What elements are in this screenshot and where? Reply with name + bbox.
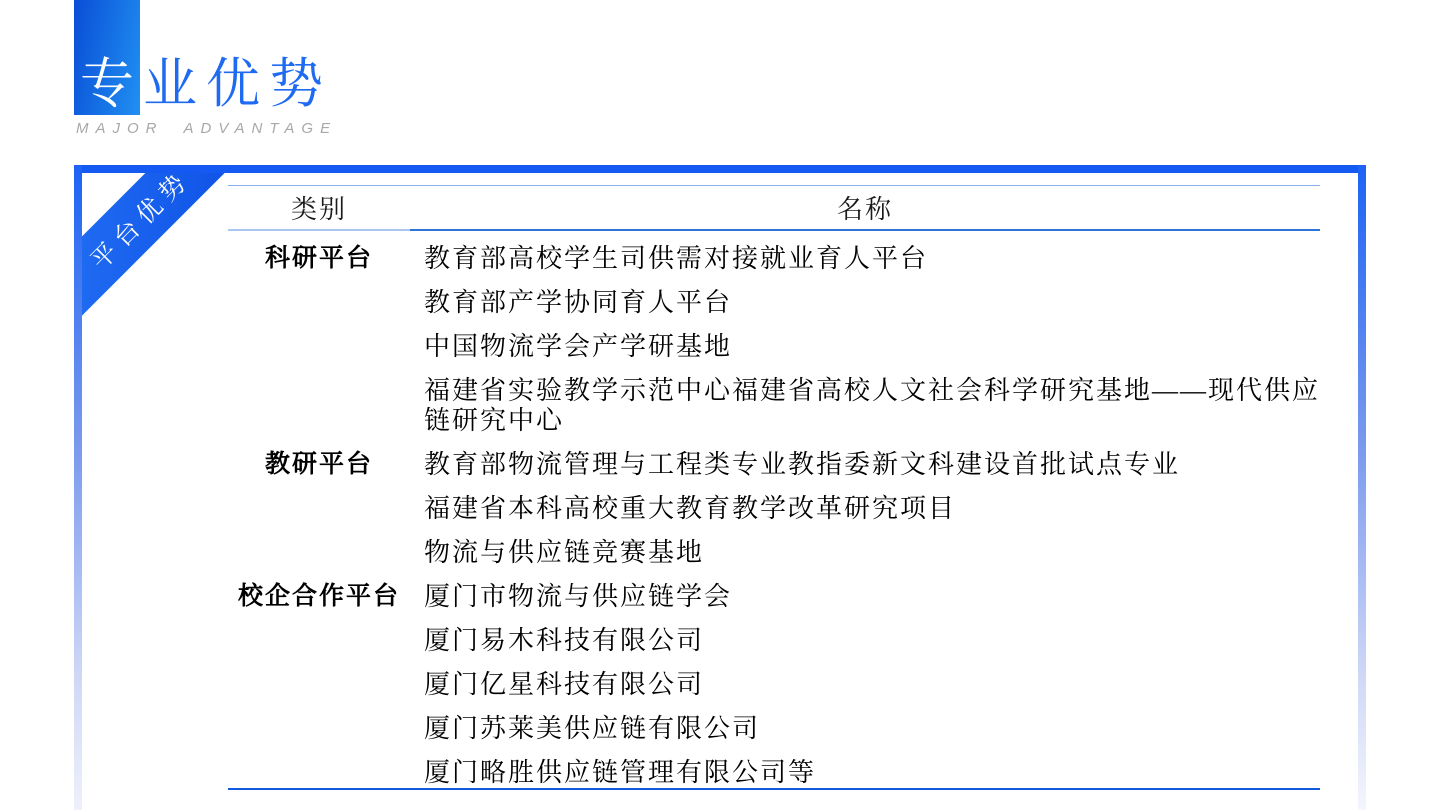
platform-table: 类别 名称 科研平台 教育部高校学生司供需对接就业育人平台 教育部产学协同育人平…	[228, 185, 1320, 802]
table-body: 科研平台 教育部高校学生司供需对接就业育人平台 教育部产学协同育人平台 中国物流…	[228, 231, 1320, 802]
table-header-name: 名称	[410, 189, 1320, 226]
table-group-teaching: 教研平台 教育部物流管理与工程类专业教指委新文科建设首批试点专业 福建省本科高校…	[228, 450, 1320, 582]
panel-right-border	[1358, 165, 1366, 810]
header-divider-left-segment	[228, 229, 410, 231]
page-title-highlight-char: 专	[80, 54, 143, 114]
table-cell-name: 物流与供应链竞赛基地	[424, 538, 1330, 582]
category-cell: 科研平台	[228, 244, 410, 450]
name-cell-list: 教育部物流管理与工程类专业教指委新文科建设首批试点专业 福建省本科高校重大教育教…	[410, 450, 1330, 582]
table-cell-name: 教育部产学协同育人平台	[424, 288, 1330, 332]
table-cell-name: 厦门略胜供应链管理有限公司等	[424, 758, 1330, 802]
table-cell-name: 厦门易木科技有限公司	[424, 626, 1330, 670]
page-title: 专业优势	[80, 57, 332, 111]
table-cell-name: 福建省本科高校重大教育教学改革研究项目	[424, 494, 1330, 538]
page-subtitle: MAJORADVANTAGE	[76, 120, 337, 137]
corner-ribbon-label: 平台优势	[77, 165, 198, 281]
table-cell-name: 厦门市物流与供应链学会	[424, 582, 1330, 626]
category-cell: 校企合作平台	[228, 582, 410, 802]
page-subtitle-word-1: MAJOR	[76, 120, 164, 137]
table-cell-name: 厦门亿星科技有限公司	[424, 670, 1330, 714]
table-cell-name: 教育部物流管理与工程类专业教指委新文科建设首批试点专业	[424, 450, 1330, 494]
header-divider-right-segment	[410, 229, 1320, 231]
table-cell-name: 福建省实验教学示范中心福建省高校人文社会科学研究基地——现代供应链研究中心	[424, 376, 1330, 450]
table-cell-name: 教育部高校学生司供需对接就业育人平台	[424, 244, 1330, 288]
table-group-research: 科研平台 教育部高校学生司供需对接就业育人平台 教育部产学协同育人平台 中国物流…	[228, 244, 1320, 450]
name-cell-list: 厦门市物流与供应链学会 厦门易木科技有限公司 厦门亿星科技有限公司 厦门苏莱美供…	[410, 582, 1330, 802]
panel-top-border	[74, 165, 1366, 173]
table-cell-name: 中国物流学会产学研基地	[424, 332, 1330, 376]
table-cell-name: 厦门苏莱美供应链有限公司	[424, 714, 1330, 758]
content-panel: 平台优势 类别 名称 科研平台 教育部高校学生司供需对接就业育人平台 教育部产学…	[74, 165, 1366, 810]
header-divider	[228, 229, 1320, 231]
corner-ribbon: 平台优势	[74, 165, 245, 329]
page-title-rest: 业优势	[143, 54, 332, 114]
table-bottom-rule	[228, 788, 1320, 790]
panel-left-border	[74, 165, 82, 810]
table-header-row: 类别 名称	[228, 185, 1320, 229]
table-header-category: 类别	[228, 189, 410, 226]
name-cell-list: 教育部高校学生司供需对接就业育人平台 教育部产学协同育人平台 中国物流学会产学研…	[410, 244, 1330, 450]
table-group-cooperation: 校企合作平台 厦门市物流与供应链学会 厦门易木科技有限公司 厦门亿星科技有限公司…	[228, 582, 1320, 802]
page-subtitle-word-2: ADVANTAGE	[184, 120, 338, 137]
category-cell: 教研平台	[228, 450, 410, 582]
